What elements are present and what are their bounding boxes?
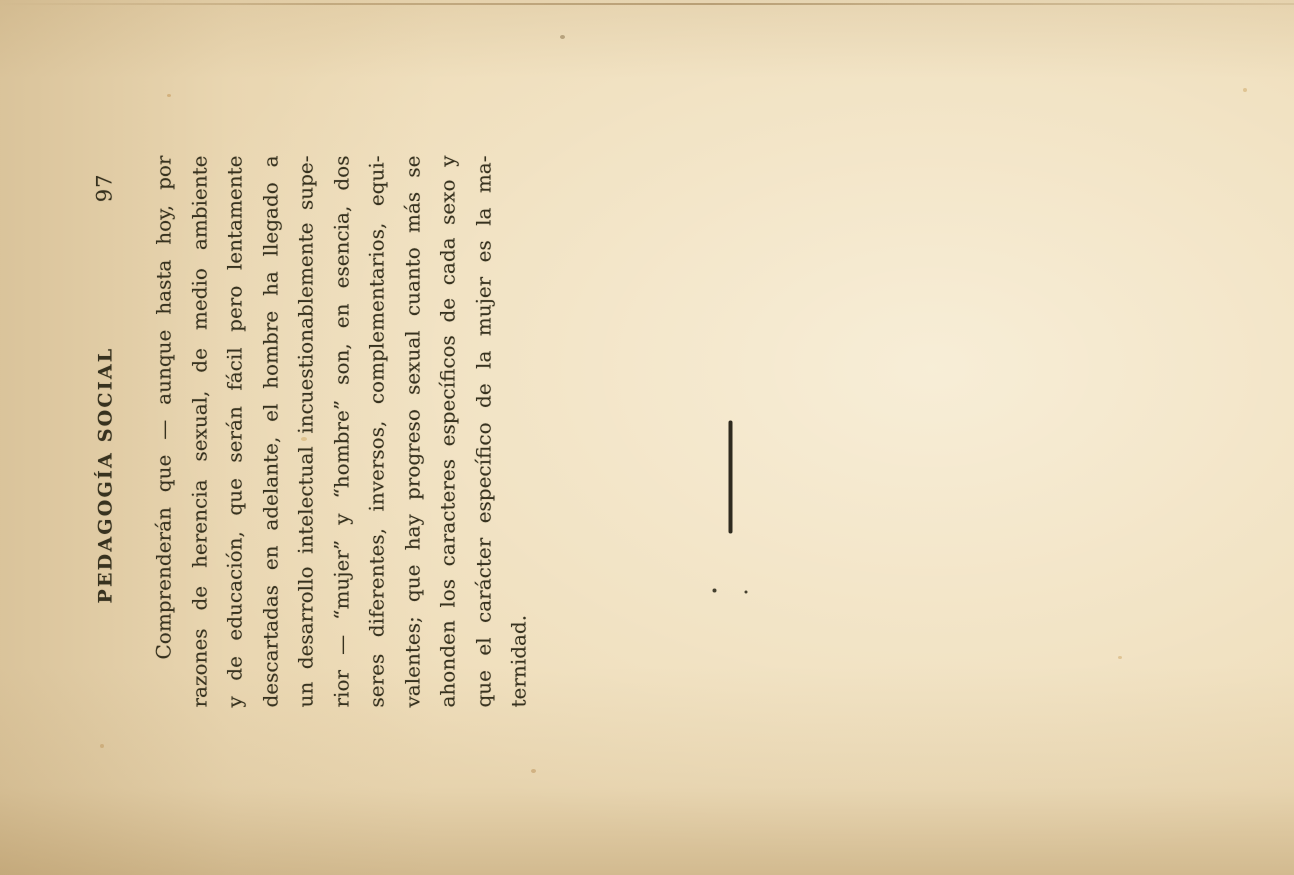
text-line: y de educación, que serán fácil pero len… (217, 155, 253, 707)
scanned-book-page: PEDAGOGÍA SOCIAL 97 Comprenderán que — a… (0, 0, 1294, 875)
text-line: ternidad. (501, 155, 537, 707)
text-line: razones de herencia sexual, de medio amb… (182, 155, 218, 707)
text-line: ahonden los caracteres específicos de ca… (430, 155, 466, 707)
text-line: Comprenderán que — aunque hasta hoy, por (146, 155, 182, 707)
text-line: seres diferentes, inversos, complementar… (359, 155, 395, 707)
rotated-page-content: PEDAGOGÍA SOCIAL 97 Comprenderán que — a… (0, 0, 1294, 875)
text-line: descartadas en adelante, el hombre ha ll… (253, 155, 289, 707)
text-block: PEDAGOGÍA SOCIAL 97 Comprenderán que — a… (92, 155, 537, 707)
ink-dot (712, 588, 716, 592)
page-number: 97 (92, 173, 116, 202)
running-header: PEDAGOGÍA SOCIAL 97 (92, 155, 116, 707)
page-title: PEDAGOGÍA SOCIAL (94, 346, 116, 603)
ink-dot (744, 590, 747, 593)
text-line: que el carácter específico de la mujer e… (466, 155, 502, 707)
section-divider-rule (728, 420, 732, 533)
text-line: valentes; que hay progreso sexual cuanto… (395, 155, 431, 707)
paragraph: Comprenderán que — aunque hasta hoy, por… (146, 155, 537, 707)
text-line: un desarrollo intelectual incuestionable… (288, 155, 324, 707)
text-line: rior — “mujer” y “hombre” son, en esenci… (324, 155, 360, 707)
